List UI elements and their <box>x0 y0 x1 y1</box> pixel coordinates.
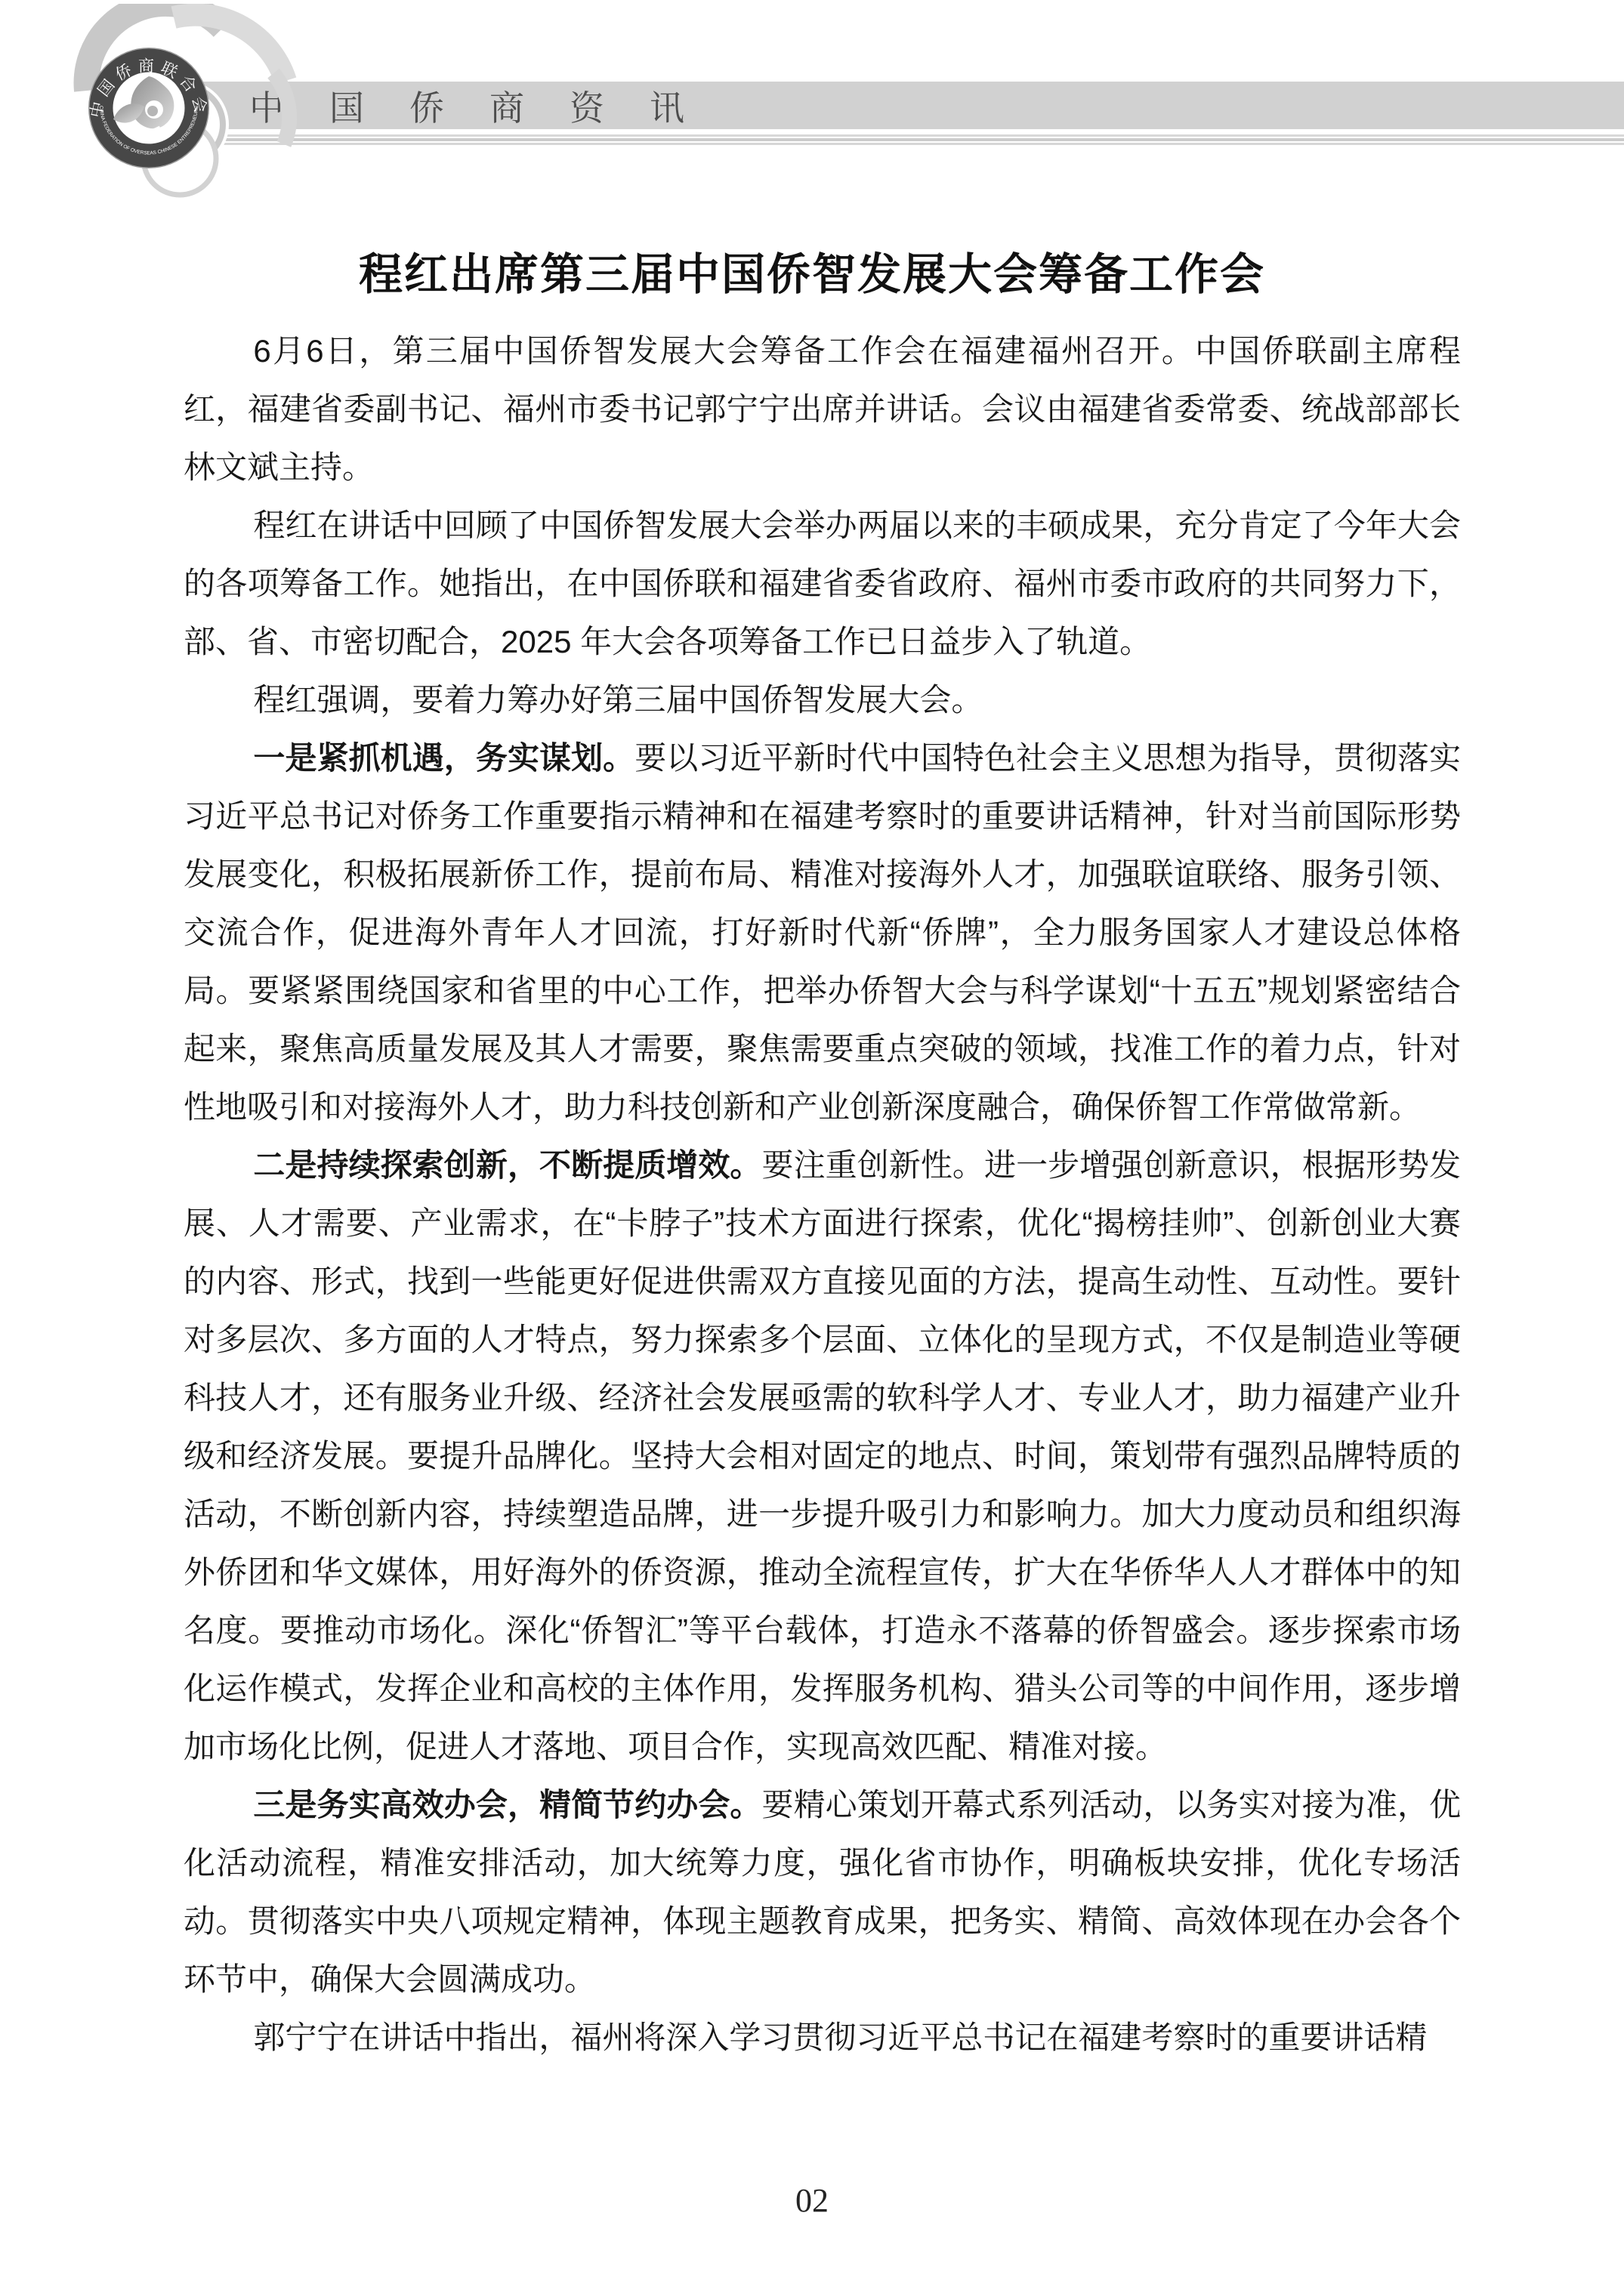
page-number: 02 <box>0 2181 1624 2220</box>
paragraph: 一是紧抓机遇，务实谋划。要以习近平新时代中国特色社会主义思想为指导，贯彻落实习近… <box>184 729 1461 1136</box>
paragraph-lead: 一是紧抓机遇，务实谋划。 <box>253 740 634 776</box>
article-body: 6月6日，第三届中国侨智发展大会筹备工作会在福建福州召开。中国侨联副主席程红，福… <box>184 322 1461 2066</box>
header-rule-lines <box>202 134 1624 145</box>
paragraph-text: 6月6日，第三届中国侨智发展大会筹备工作会在福建福州召开。中国侨联副主席程红，福… <box>184 333 1461 485</box>
paragraph: 郭宁宁在讲话中指出，福州将深入学习贯彻习近平总书记在福建考察时的重要讲话精 <box>184 2008 1461 2066</box>
paragraph: 三是务实高效办会，精简节约办会。要精心策划开幕式系列活动，以务实对接为准，优化活… <box>184 1776 1461 2008</box>
paragraph-lead: 三是务实高效办会，精简节约办会。 <box>253 1787 761 1822</box>
paragraph-lead: 二是持续探索创新，不断提质增效。 <box>253 1147 761 1183</box>
article-title: 程红出席第三届中国侨智发展大会筹备工作会 <box>0 239 1624 302</box>
header-banner: 中国侨商资讯 <box>202 82 1624 129</box>
paragraph: 程红强调，要着力筹办好第三届中国侨智发展大会。 <box>184 671 1461 729</box>
paragraph-text: 要以习近平新时代中国特色社会主义思想为指导，贯彻落实习近平总书记对侨务工作重要指… <box>184 740 1461 1125</box>
paragraph: 二是持续探索创新，不断提质增效。要注重创新性。进一步增强创新意识，根据形势发展、… <box>184 1136 1461 1776</box>
paragraph: 6月6日，第三届中国侨智发展大会筹备工作会在福建福州召开。中国侨联副主席程红，福… <box>184 322 1461 496</box>
paragraph-text: 要注重创新性。进一步增强创新意识，根据形势发展、人才需要、产业需求，在“卡脖子”… <box>184 1147 1461 1764</box>
page: 中国侨商资讯 <box>0 0 1624 2293</box>
paragraph-text: 郭宁宁在讲话中指出，福州将深入学习贯彻习近平总书记在福建考察时的重要讲话精 <box>253 2020 1427 2055</box>
paragraph: 程红在讲话中回顾了中国侨智发展大会举办两届以来的丰硕成果，充分肯定了今年大会的各… <box>184 496 1461 671</box>
paragraph-text: 程红在讲话中回顾了中国侨智发展大会举办两届以来的丰硕成果，充分肯定了今年大会的各… <box>184 508 1461 659</box>
federation-logo: 中国侨商联合会 CHINA FEDERATION OF OVERSEAS CHI… <box>60 4 347 230</box>
paragraph-text: 程红强调，要着力筹办好第三届中国侨智发展大会。 <box>253 682 983 718</box>
